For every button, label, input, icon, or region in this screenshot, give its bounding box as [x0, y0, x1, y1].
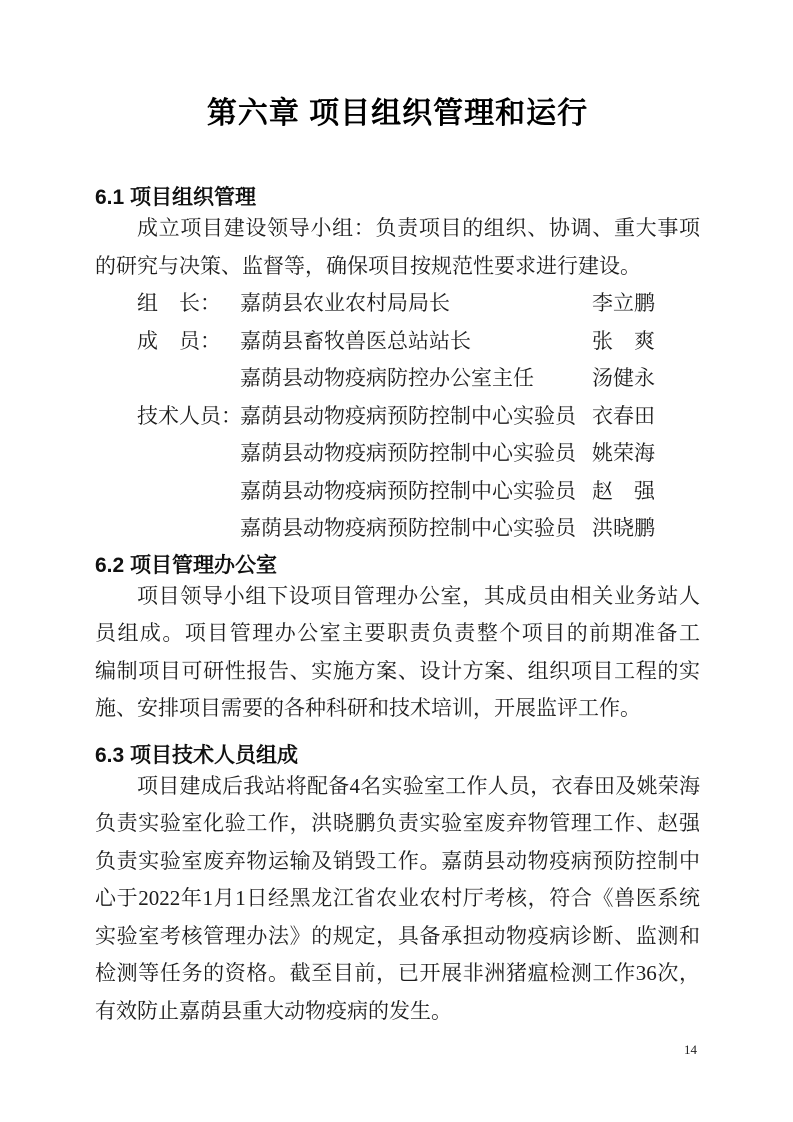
- roster-name: 姚荣海: [592, 435, 655, 473]
- roster-row: 组 长： 嘉荫县农业农村局局长 李立鹏: [137, 285, 700, 323]
- roster-name: 衣春田: [592, 398, 655, 436]
- roster-position: 嘉荫县动物疫病预防控制中心实验员: [240, 473, 592, 511]
- paragraph-line: 心于2022年1月1日经黑龙江省农业农村厅考核，符合《兽医系统: [95, 880, 700, 918]
- section-heading-6-2: 6.2 项目管理办公室: [95, 554, 700, 578]
- paragraph-line: 员组成。项目管理办公室主要职责负责整个项目的前期准备工作、: [95, 615, 700, 653]
- roster-position: 嘉荫县动物疫病预防控制中心实验员: [240, 510, 592, 548]
- paragraph-line: 负责实验室废弃物运输及销毁工作。嘉荫县动物疫病预防控制中: [95, 843, 700, 881]
- roster-position: 嘉荫县畜牧兽医总站站长: [240, 323, 592, 361]
- roster-position: 嘉荫县农业农村局局长: [240, 285, 592, 323]
- roster-row: 嘉荫县动物疫病预防控制中心实验员 姚荣海: [137, 435, 700, 473]
- roster-position: 嘉荫县动物疫病预防控制中心实验员: [240, 435, 592, 473]
- roster-role: 组 长：: [137, 285, 240, 323]
- roster-name: 张 爽: [592, 323, 655, 361]
- leadership-roster: 组 长： 嘉荫县农业农村局局长 李立鹏 成 员： 嘉荫县畜牧兽医总站站长 张 爽…: [95, 285, 700, 548]
- roster-name: 赵 强: [592, 473, 655, 511]
- paragraph-line: 检测等任务的资格。截至目前，已开展非洲猪瘟检测工作36次，: [95, 955, 700, 993]
- roster-position: 嘉荫县动物疫病预防控制中心实验员: [240, 398, 592, 436]
- roster-role: 技术人员：: [137, 398, 240, 436]
- paragraph-line: 项目建成后我站将配备4名实验室工作人员，衣春田及姚荣海: [95, 768, 700, 806]
- paragraph-line: 成立项目建设领导小组：负责项目的组织、协调、重大事项: [95, 210, 700, 248]
- roster-role: 成 员：: [137, 323, 240, 361]
- paragraph-line: 项目领导小组下设项目管理办公室，其成员由相关业务站人: [95, 578, 700, 616]
- page-number: 14: [684, 1042, 697, 1058]
- chapter-title: 第六章 项目组织管理和运行: [95, 92, 700, 136]
- roster-role: [137, 435, 240, 473]
- roster-position: 嘉荫县动物疫病防控办公室主任: [240, 360, 592, 398]
- section-6-3: 6.3 项目技术人员组成 项目建成后我站将配备4名实验室工作人员，衣春田及姚荣海…: [95, 744, 700, 1031]
- section-6-2: 6.2 项目管理办公室 项目领导小组下设项目管理办公室，其成员由相关业务站人 员…: [95, 554, 700, 728]
- section-heading-6-1: 6.1 项目组织管理: [95, 186, 700, 210]
- roster-name: 汤健永: [592, 360, 655, 398]
- roster-row: 技术人员： 嘉荫县动物疫病预防控制中心实验员 衣春田: [137, 398, 700, 436]
- paragraph-line: 编制项目可研性报告、实施方案、设计方案、组织项目工程的实: [95, 653, 700, 691]
- roster-name: 李立鹏: [592, 285, 655, 323]
- document-page: 第六章 项目组织管理和运行 6.1 项目组织管理 成立项目建设领导小组：负责项目…: [0, 0, 793, 1122]
- roster-role: [137, 473, 240, 511]
- roster-name: 洪晓鹏: [592, 510, 655, 548]
- section-heading-6-3: 6.3 项目技术人员组成: [95, 744, 700, 768]
- roster-role: [137, 360, 240, 398]
- roster-row: 嘉荫县动物疫病预防控制中心实验员 赵 强: [137, 473, 700, 511]
- paragraph-line: 的研究与决策、监督等，确保项目按规范性要求进行建设。: [95, 248, 700, 286]
- roster-row: 嘉荫县动物疫病预防控制中心实验员 洪晓鹏: [137, 510, 700, 548]
- paragraph-line: 负责实验室化验工作，洪晓鹏负责实验室废弃物管理工作、赵强: [95, 805, 700, 843]
- paragraph-line: 有效防止嘉荫县重大动物疫病的发生。: [95, 993, 700, 1031]
- paragraph-line: 实验室考核管理办法》的规定，具备承担动物疫病诊断、监测和: [95, 918, 700, 956]
- roster-role: [137, 510, 240, 548]
- roster-row: 成 员： 嘉荫县畜牧兽医总站站长 张 爽: [137, 323, 700, 361]
- section-6-1: 6.1 项目组织管理 成立项目建设领导小组：负责项目的组织、协调、重大事项 的研…: [95, 186, 700, 548]
- paragraph-line: 施、安排项目需要的各种科研和技术培训，开展监评工作。: [95, 690, 700, 728]
- roster-row: 嘉荫县动物疫病防控办公室主任 汤健永: [137, 360, 700, 398]
